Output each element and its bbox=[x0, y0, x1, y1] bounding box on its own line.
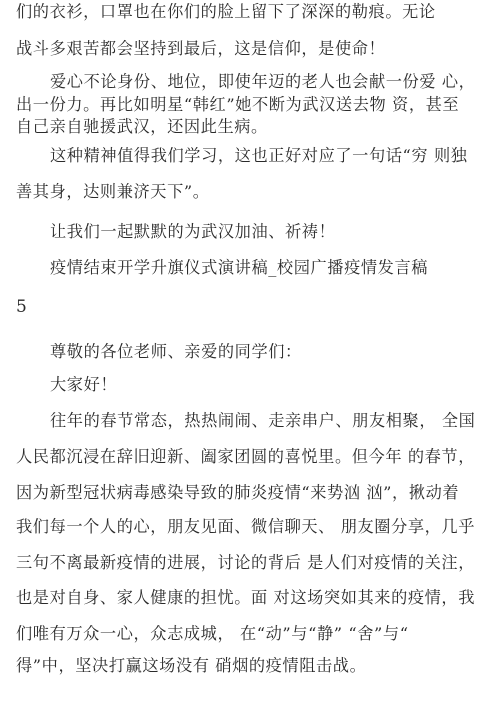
paragraph-first-line: 让我们一起默默的为武汉加油、祈祷！ bbox=[50, 222, 335, 242]
text-line: 善其身，达则兼济天下”。 bbox=[16, 182, 210, 202]
text-line: 出一份力。再比如明星“韩红”她不断为武汉送去物 资，甚至 bbox=[16, 95, 459, 115]
paragraph-first-line: 这种精神值得我们学习，这也正好对应了一句话“穷 则独 bbox=[50, 146, 468, 166]
section-number: 5 bbox=[16, 297, 27, 317]
paragraph-first-line: 爱心不论身份、地位，即使年迈的老人也会献一份爱 心， bbox=[50, 72, 475, 92]
text-line: 三句不离最新疫情的进展，讨论的背后 是人们对疫情的关注， bbox=[16, 553, 475, 573]
text-line: 也是对自身、家人健康的担忧。面 对这场突如其来的疫情，我 bbox=[16, 588, 475, 608]
section-heading: 疫情结束开学升旗仪式演讲稿_校园广播疫情发言稿 bbox=[50, 258, 428, 278]
text-line: 自己亲自驰援武汉，还因此生病。 bbox=[16, 117, 268, 137]
text-line: 得”中，坚决打赢这场没有 硝烟的疫情阻击战。 bbox=[16, 656, 366, 676]
document-page: 们的衣衫，口罩也在你们的脸上留下了深深的勒痕。无论 战斗多艰苦都会坚持到最后，这… bbox=[0, 0, 499, 706]
text-line: 我们每一个人的心，朋友见面、微信聊天、 朋友圈分享，几乎 bbox=[16, 517, 475, 537]
text-line: 们唯有万众一心，众志成城， 在“动”与“静” “舍”与“ bbox=[16, 624, 409, 644]
text-line: 人民都沉浸在辞旧迎新、阖家团圆的喜悦里。但今年 的春节， bbox=[16, 447, 475, 467]
text-line: 战斗多艰苦都会坚持到最后，这是信仰，是使命！ bbox=[16, 39, 385, 59]
greeting: 大家好！ bbox=[50, 375, 117, 395]
text-line: 们的衣衫，口罩也在你们的脸上留下了深深的勒痕。无论 bbox=[16, 2, 436, 22]
salutation: 尊敬的各位老师、亲爱的同学们： bbox=[50, 342, 302, 362]
text-line: 因为新型冠状病毒感染导致的肺炎疫情“来势汹 汹”，揪动着 bbox=[16, 483, 459, 503]
paragraph-first-line: 往年的春节常态，热热闹闹、走亲串户、朋友相聚， 全国 bbox=[50, 411, 475, 431]
